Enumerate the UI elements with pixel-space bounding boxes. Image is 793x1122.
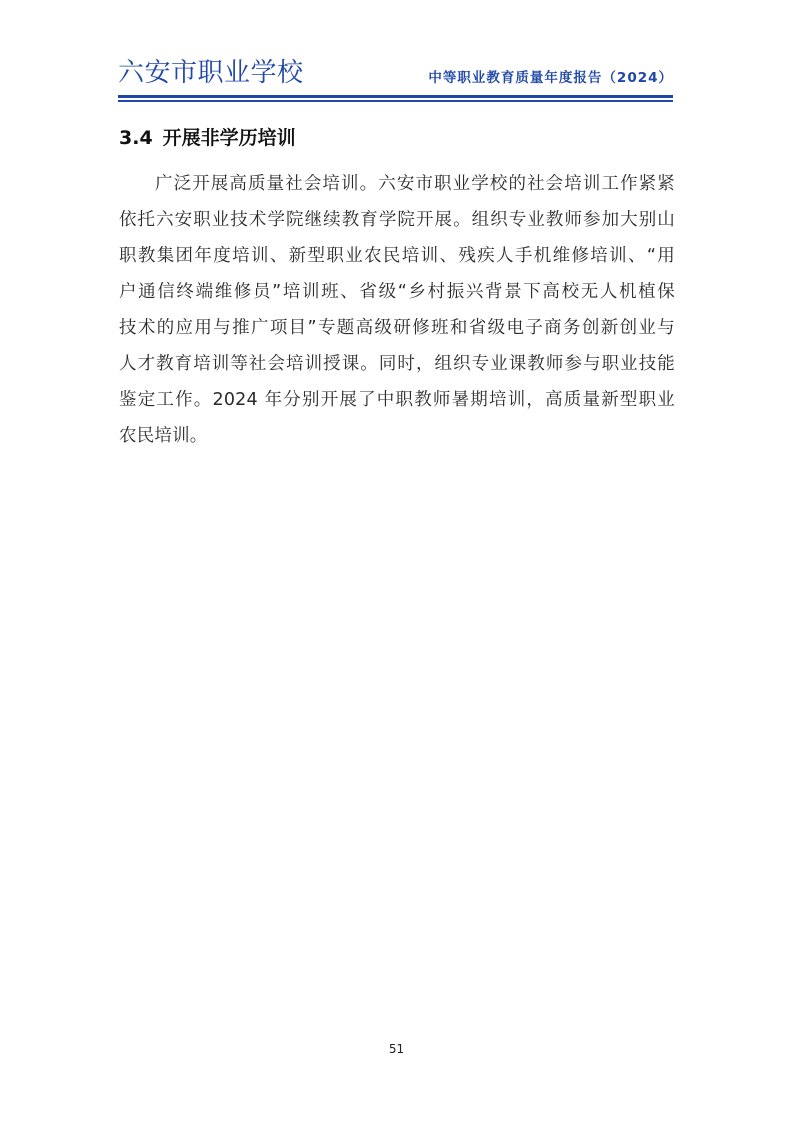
body-line: 技术的应用与推广项目”专题高级研修班和省级电子商务创新创业与 — [119, 310, 675, 346]
report-title: 中等职业教育质量年度报告（2024） — [428, 69, 673, 87]
body-line: 农民培训。 — [119, 418, 675, 454]
header-rule-thick — [118, 95, 673, 98]
section-title: 开展非学历培训 — [163, 127, 296, 149]
body-line: 职教集团年度培训、新型职业农民培训、残疾人手机维修培训、“用 — [119, 238, 675, 274]
body-line: 鉴定工作。2024 年分别开展了中职教师暑期培训，高质量新型职业 — [119, 382, 675, 418]
section-number: 3.4 — [119, 127, 153, 149]
header-rule-thin — [118, 100, 673, 102]
page-header: 六安市职业学校 中等职业教育质量年度报告（2024） — [118, 56, 673, 102]
body-line: 户通信终端维修员”培训班、省级“乡村振兴背景下高校无人机植保 — [119, 274, 675, 310]
body-paragraph: 广泛开展高质量社会培训。六安市职业学校的社会培训工作紧紧 依托六安职业技术学院继… — [119, 166, 675, 454]
body-line: 广泛开展高质量社会培训。六安市职业学校的社会培训工作紧紧 — [119, 166, 675, 202]
section-heading: 3.4开展非学历培训 — [119, 124, 296, 152]
school-name: 六安市职业学校 — [118, 56, 304, 90]
page-number: 51 — [0, 1040, 793, 1058]
body-line: 依托六安职业技术学院继续教育学院开展。组织专业教师参加大别山 — [119, 202, 675, 238]
body-line: 人才教育培训等社会培训授课。同时，组织专业课教师参与职业技能 — [119, 346, 675, 382]
